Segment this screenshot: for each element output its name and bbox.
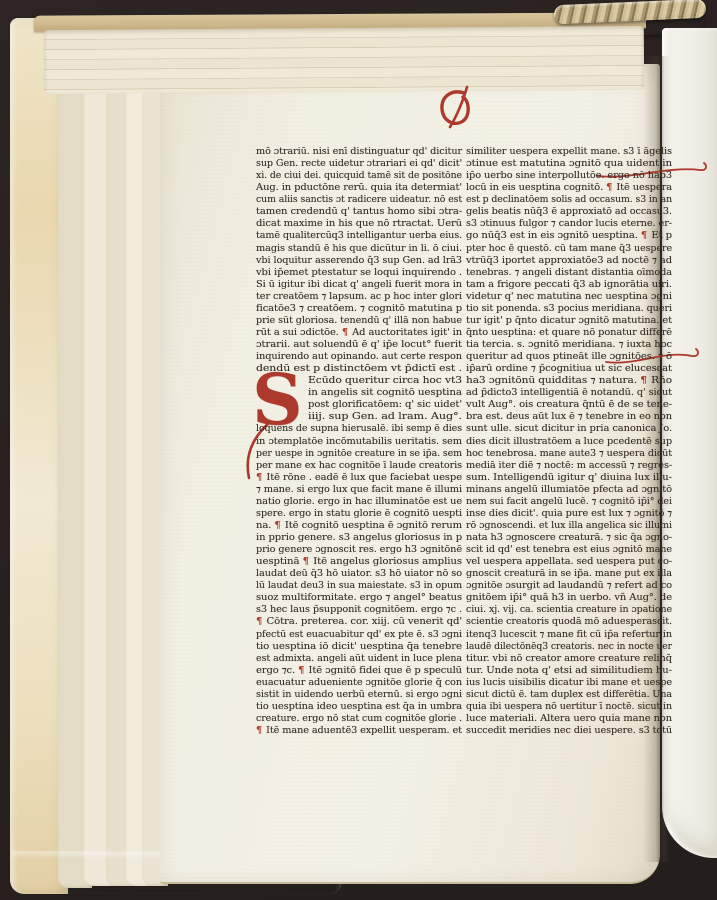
text-line: vbi loquitur asserendo q̄3 sup Gen. ad l… [256, 255, 462, 267]
text-line: videtur q' nec matutina nec uesptina ɔgn… [466, 291, 672, 303]
text-line: mō ɔtrariū. nisi enī distinguatur qd' di… [256, 146, 462, 158]
text-line: loquens de supna hierusalē. ibi semp ē d… [256, 423, 462, 435]
text-line: ɔgnitōe ɔsurgit ad laudandū ⁊ refert ad … [466, 580, 672, 592]
text-line: suoz multiformitate. ergo ⁊ angel° beatu… [256, 592, 462, 604]
pilcrow-icon: ¶ [256, 725, 263, 736]
text-line: ⁊ mane. si ergo lux que facit mane ē ill… [256, 484, 462, 496]
text-line: gnoscit creaturā in se ip̄a. mane put ex… [466, 568, 672, 580]
text-line: est admixta. angeli aūt uident in luce p… [256, 653, 462, 665]
pilcrow-icon: ¶ [274, 520, 281, 531]
text-line: sup Gen. recte uidetur ɔtrariari ei qd' … [256, 158, 462, 170]
text-line: queritur ad quos ptineāt ille ɔgnitōes. … [466, 351, 672, 363]
text-line: dies dicit illustratōem a luce pcedentē … [466, 436, 672, 448]
text-line: tia tercia. s. ɔgnitō meridiana. ⁊ iuxta… [466, 339, 672, 351]
pilcrow-icon: ¶ [606, 182, 613, 193]
text-line: inquirendo aut opinando. aut certe respo… [256, 351, 462, 363]
text-line: tur igit' p q̄nto dicatur ɔgnitō matutin… [466, 315, 672, 327]
text-line: tam a frigore peccati q̄3 ab ignorātia u… [466, 279, 672, 291]
text-line: ip̄o uerbo sine interpollutōe. ergo nō h… [466, 170, 672, 182]
text-line: mediā iter diē ⁊ noctē: m accessū ⁊ regr… [466, 460, 672, 472]
text-line: ha3 ɔgnitōnū quidditas ⁊ natura. ¶ Rn̄o [466, 375, 672, 387]
pilcrow-icon: ¶ [256, 616, 263, 627]
text-line: ¶ Cōtra. preterea. cor. xiij. cū venerit… [256, 616, 462, 628]
text-line: spere. ergo in statu glorie ē cognitō ue… [256, 508, 462, 520]
text-line: ¶ Itē mane aduentē3 expellit uesperam. e… [256, 725, 462, 737]
text-line: titur. vbi nō creator amore creature rel… [466, 653, 672, 665]
text-line: hoc tenebrosa. mane aute3 ⁊ uespera dicū… [466, 448, 672, 460]
text-line: Si ū igitur ibi dicat q' angeli fuerit m… [256, 279, 462, 291]
text-line: Ecūdo queritur circa hoc vt3 [256, 375, 462, 387]
text-line: Aug. in pductōne rerū. quia ita determia… [256, 182, 462, 194]
text-line: ciui. xj. vij. ca. scientia creature in … [466, 604, 672, 616]
text-line: gnitōem ip̄i° quā h3 in uerbo. vn̄ Aug°.… [466, 592, 672, 604]
text-line: ɔtrarii. aut soluendū ē q' ip̄e locut° f… [256, 339, 462, 351]
text-line: sum. Intelligendū igitur q' diuina lux i… [466, 472, 672, 484]
text-line: ip̄arū ordine ⁊ p̄cognitiua ut sic eluce… [466, 363, 672, 375]
pilcrow-icon: ¶ [641, 230, 648, 241]
pilcrow-icon: ¶ [342, 327, 349, 338]
quire-signature-mark: D [437, 84, 477, 138]
text-line: tamen credendū q' tantus homo sibi ɔtra- [256, 206, 462, 218]
pilcrow-icon: ¶ [256, 472, 263, 483]
pilcrow-icon: ¶ [303, 556, 310, 567]
text-line: go nūq̄3 est in eis ɔgnitō uesptina. ¶ E… [466, 230, 672, 242]
text-line: tenebras. ⁊ angeli distant distantia oīm… [466, 267, 672, 279]
text-line: pter hoc ē questō. cū tam mane q̄3 uespe… [466, 243, 672, 255]
text-line: rō ɔgnoscendi. et lux illa angelica sic … [466, 520, 672, 532]
text-line: quia ibi uespera nō uertitur ī noctē. si… [466, 701, 672, 713]
pilcrow-icon: ¶ [640, 375, 648, 386]
text-line: xi. de ciui dei. quicquid tamē sit de po… [256, 170, 462, 182]
text-line: locū in eis uesptina cognitō. ¶ Itē uesp… [466, 182, 672, 194]
text-line: sicut dictū ē. tam duplex est differētia… [466, 689, 672, 701]
text-line: sunt ulle. sicut dicitur in pria canonic… [466, 423, 672, 435]
text-line: rūt a sui ɔdictōe. ¶ Ad auctoritates igi… [256, 327, 462, 339]
text-line: natio glorie. ergo in hac illuminatōe es… [256, 496, 462, 508]
text-line: est p declinatōem solis ad occasum. s3 i… [466, 194, 672, 206]
text-line: bra est. deus aūt lux ē ⁊ tenebre in eo … [466, 411, 672, 423]
text-line: ter creatōem ⁊ lapsum. ac p hoc inter gl… [256, 291, 462, 303]
text-line: vult Aug°. ois creatura q̄ntū ē de se te… [466, 399, 672, 411]
text-line: vbi ip̄emet ptestatur se loqui inquirend… [256, 267, 462, 279]
text-line: ad p̄dicto3 intelligentiā ē notandū. q' … [466, 387, 672, 399]
text-line: scit id qd' est tenebra est eius ɔgnitō … [466, 544, 672, 556]
text-line: scientie creatoris quodā mō aduesperasci… [466, 616, 672, 628]
text-line: gelis beatis nūq̄3 ē approxiatō ad occas… [466, 206, 672, 218]
text-line: pfectū est euacuabitur qd' ex pte ē. s3 … [256, 629, 462, 641]
text-line: per mane ex hac cognitōe ī laude creator… [256, 460, 462, 472]
text-line: ius lucis uisibilis dicatur ibi mane et … [466, 677, 672, 689]
text-line: magis standū ē his que dicūtur in li. ō … [256, 243, 462, 255]
text-line: vtrūq̄3 iportet approxiatōe3 ad noctē ⁊ … [466, 255, 672, 267]
text-line: vel uespera appellata. sed uespera put c… [466, 556, 672, 568]
text-line: laudat deū q̄3 hō uiator. s3 hō uiator n… [256, 568, 462, 580]
text-line: tio uesptina ideo uesptina est q̄a in um… [256, 701, 462, 713]
text-line: post glorificatōem: q' sic uidet' [256, 399, 462, 411]
text-column-right: similiter uespera expellit mane. s3 ī āg… [466, 146, 672, 737]
text-line: dendū est p distinctōem vt p̄dictī est . [256, 363, 462, 375]
text-line: similiter uespera expellit mane. s3 ī āg… [466, 146, 672, 158]
photo-background: D S mō ɔtrariū. nisi enī distinguatur qd… [0, 0, 717, 900]
text-line: s3 hec laus p̄supponit cognitōem. ergo ⁊… [256, 604, 462, 616]
text-line: euacuatur adueniente ɔgnitōe glorie q̄ c… [256, 677, 462, 689]
text-line: lū laudat deu3 in sua maiestate. s3 in o… [256, 580, 462, 592]
text-line: ¶ Itē rōne . eadē ē lux que faciebat ues… [256, 472, 462, 484]
text-line: in pprio genere. s3 angelus gloriosus in… [256, 532, 462, 544]
text-line: q̄nto uesptina: et quare nō ponatur diff… [466, 327, 672, 339]
text-line: prie sūt gloriosa. tenendū q' illā non h… [256, 315, 462, 327]
text-column-left: mō ɔtrariū. nisi enī distinguatur qd' di… [256, 146, 462, 737]
text-line: s3 ɔtinuus fulgor ⁊ candor lucis eterne.… [466, 218, 672, 230]
text-line: creature. ergo nō stat cum cognitōe glor… [256, 713, 462, 725]
text-line: ergo ⁊c. ¶ Itē ɔgnitō fidei que ē p spec… [256, 665, 462, 677]
text-line: in ɔtemplatōe incōmutabilis ueritatis. s… [256, 436, 462, 448]
text-line: iiij. sup Gen. ad lram. Aug°. [256, 411, 462, 423]
text-line: in angelis sit cognitō uesptina [256, 387, 462, 399]
text-line: dicat maxime in his que nō rtractat. Uer… [256, 218, 462, 230]
text-line: tio sit ponenda. s3 pocius meridiana. qu… [466, 303, 672, 315]
text-line: itenq3 lucescit ⁊ mane fit cū ip̄a refer… [466, 629, 672, 641]
text-line: uesptinā ¶ Itē angelus gloriosus amplius [256, 556, 462, 568]
text-line: sistit in uidendo uerbū eternū. si ergo … [256, 689, 462, 701]
text-line: laudē dilectōnēq3 creatoris. nec in noct… [466, 641, 672, 653]
text-line: per uespe in ɔgnitōe creature in se ip̄a… [256, 448, 462, 460]
top-leaf-stack [44, 26, 644, 94]
text-line: prio genere ɔgnoscit res. ergo h3 ɔgnitō… [256, 544, 462, 556]
pilcrow-icon: ¶ [298, 665, 305, 676]
text-line: inse dies dicit'. quia pure est lux ⁊ ɔg… [466, 508, 672, 520]
text-line: luce materiali. Altera uero quia mane no… [466, 713, 672, 725]
text-line: tur. Unde nota q' etsi ad similitudiem h… [466, 665, 672, 677]
text-line: cum aliis sanctis ɔt radicere uideatur. … [256, 194, 462, 206]
text-line: succedit meridies nec diei uespere. s3 t… [466, 725, 672, 737]
text-line: nata h3 ɔgnoscere creaturā. ⁊ sic q̄a ɔg… [466, 532, 672, 544]
text-line: tamē qualitercūq3 intelligantur uerba ei… [256, 230, 462, 242]
text-line: ɔtinue est matutina ɔgnitō qua uident in [466, 158, 672, 170]
text-line: nem sui facit angelū lucē. ⁊ cognitō ip̄… [466, 496, 672, 508]
text-line: ficatōe3 ⁊ creatōem. ⁊ cognitō matutina … [256, 303, 462, 315]
text-line: minans angelū illumiatōe pfecta ad ɔgnit… [466, 484, 672, 496]
text-line: tio uesptina iō dicit' uesptina q̄a tene… [256, 641, 462, 653]
text-line: na. ¶ Itē cognitō uesptina ē ɔgnitō reru… [256, 520, 462, 532]
